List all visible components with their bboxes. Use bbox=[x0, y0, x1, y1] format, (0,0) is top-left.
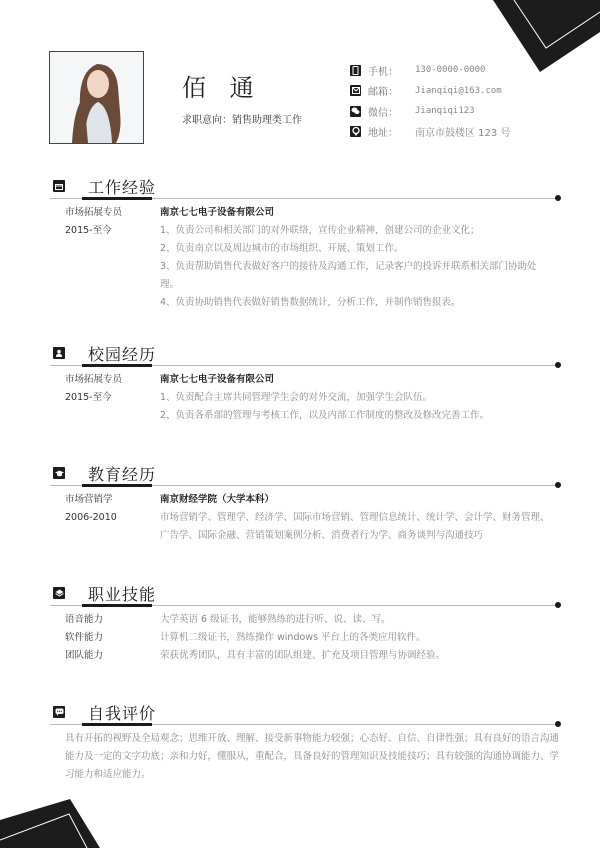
school: 南京财经学院（大学本科） bbox=[160, 491, 555, 509]
self-evaluation-text: 具有开拓的视野及全局观念；思维开放、理解、接受新事物能力较强；心态好、自信、自律… bbox=[50, 730, 565, 784]
courses: 市场营销学、管理学、经济学、国际市场营销、管理信息统计、统计学、会计学、财务管理… bbox=[160, 509, 555, 550]
section-education: 教育经历 市场营销学 2006-2010 南京财经学院（大学本科） 市场营销学、… bbox=[50, 462, 562, 550]
skill-desc: 计算机二级证书，熟练操作 windows 平台上的各类应用软件。 bbox=[160, 629, 426, 647]
chat-icon bbox=[53, 706, 65, 718]
job-intent: 求职意向：销售助理类工作 bbox=[182, 111, 302, 126]
contact-email: 邮箱： Jianqiqi@163.com bbox=[350, 81, 550, 102]
skill-name: 团队能力 bbox=[50, 647, 160, 665]
divider-dot bbox=[555, 195, 561, 201]
duty-item: 1、负责公司和相关部门的对外联络，宣传企业精神，创建公司的企业文化； bbox=[160, 222, 555, 240]
duty-item: 2、负责各系部的管理与考核工作，以及内部工作制度的整改及修改完善工作。 bbox=[160, 407, 555, 425]
phone-icon bbox=[350, 65, 361, 76]
skill-row: 软件能力 计算机二级证书，熟练操作 windows 平台上的各类应用软件。 bbox=[50, 629, 562, 647]
section-title: 校园经历 bbox=[88, 342, 156, 365]
divider-dot bbox=[555, 482, 561, 488]
mail-icon bbox=[350, 85, 361, 96]
period: 2015-至今 bbox=[65, 389, 155, 407]
layers-icon bbox=[53, 587, 65, 599]
position: 市场拓展专员 bbox=[65, 204, 155, 222]
campus-entry: 市场拓展专员 2015-至今 南京七七电子设备有限公司 1、负责配合主席共同管理… bbox=[50, 371, 562, 425]
skill-desc: 大学英语 6 级证书，能够熟练的进行听、说、读、写。 bbox=[160, 611, 391, 629]
period: 2006-2010 bbox=[65, 509, 155, 527]
section-title: 自我评价 bbox=[88, 701, 156, 724]
contact-phone: 手机： 130-0000-0000 bbox=[350, 60, 550, 81]
section-header: 工作经验 bbox=[50, 175, 562, 201]
skill-name: 软件能力 bbox=[50, 629, 160, 647]
company: 南京七七电子设备有限公司 bbox=[160, 204, 555, 222]
skill-name: 语音能力 bbox=[50, 611, 160, 629]
period: 2015-至今 bbox=[65, 222, 155, 240]
contact-wechat: 微信： Jianqiqi123 bbox=[350, 101, 550, 122]
section-header: 职业技能 bbox=[50, 582, 562, 608]
organization: 南京七七电子设备有限公司 bbox=[160, 371, 555, 389]
major: 市场营销学 bbox=[65, 491, 155, 509]
work-entry: 市场拓展专员 2015-至今 南京七七电子设备有限公司 1、负责公司和相关部门的… bbox=[50, 204, 562, 312]
section-title: 工作经验 bbox=[88, 175, 156, 198]
duty-item: 2、负责南京以及周边城市的市场组织、开展、策划工作。 bbox=[160, 240, 555, 258]
section-skills: 职业技能 语音能力 大学英语 6 级证书，能够熟练的进行听、说、读、写。 软件能… bbox=[50, 582, 562, 665]
contact-list: 手机： 130-0000-0000 邮箱： Jianqiqi@163.com 微… bbox=[350, 60, 550, 142]
section-header: 自我评价 bbox=[50, 701, 562, 727]
section-work: 工作经验 市场拓展专员 2015-至今 南京七七电子设备有限公司 1、负责公司和… bbox=[50, 175, 562, 312]
title-underline bbox=[82, 484, 152, 487]
person-icon bbox=[53, 347, 65, 359]
location-icon bbox=[350, 126, 361, 137]
divider-dot bbox=[555, 602, 561, 608]
skill-row: 团队能力 荣获优秀团队，具有丰富的团队组建、扩充及项目管理与协调经验。 bbox=[50, 647, 562, 665]
skill-row: 语音能力 大学英语 6 级证书，能够熟练的进行听、说、读、写。 bbox=[50, 611, 562, 629]
skill-desc: 荣获优秀团队，具有丰富的团队组建、扩充及项目管理与协调经验。 bbox=[160, 647, 445, 665]
duty-item: 1、负责配合主席共同管理学生会的对外交流，加强学生会队伍。 bbox=[160, 389, 555, 407]
divider-dot bbox=[555, 362, 561, 368]
section-title: 职业技能 bbox=[88, 582, 156, 605]
divider-dot bbox=[555, 721, 561, 727]
title-underline bbox=[82, 723, 152, 726]
section-header: 校园经历 bbox=[50, 342, 562, 368]
duty-item: 4、负责协助销售代表做好销售数据统计，分析工作，并制作销售报表。 bbox=[160, 294, 555, 312]
section-self-evaluation: 自我评价 具有开拓的视野及全局观念；思维开放、理解、接受新事物能力较强；心态好、… bbox=[50, 701, 562, 784]
contact-address: 地址： 南京市鼓楼区 123 号 bbox=[350, 122, 550, 143]
title-underline bbox=[82, 197, 152, 200]
title-underline bbox=[82, 364, 152, 367]
education-entry: 市场营销学 2006-2010 南京财经学院（大学本科） 市场营销学、管理学、经… bbox=[50, 491, 562, 550]
position: 市场拓展专员 bbox=[65, 371, 155, 389]
wechat-icon bbox=[350, 106, 361, 117]
skills-list: 语音能力 大学英语 6 级证书，能够熟练的进行听、说、读、写。 软件能力 计算机… bbox=[50, 611, 562, 665]
candidate-name: 佰 通 bbox=[182, 68, 262, 103]
duty-item: 3、负责帮助销售代表做好客户的接待及沟通工作，记录客户的投诉并联系相关部门协助处… bbox=[160, 258, 555, 294]
briefcase-icon bbox=[53, 180, 65, 192]
profile-photo bbox=[49, 51, 144, 144]
section-header: 教育经历 bbox=[50, 462, 562, 488]
section-title: 教育经历 bbox=[88, 462, 156, 485]
title-underline bbox=[82, 604, 152, 607]
section-campus: 校园经历 市场拓展专员 2015-至今 南京七七电子设备有限公司 1、负责配合主… bbox=[50, 342, 562, 425]
graduation-cap-icon bbox=[53, 467, 65, 479]
